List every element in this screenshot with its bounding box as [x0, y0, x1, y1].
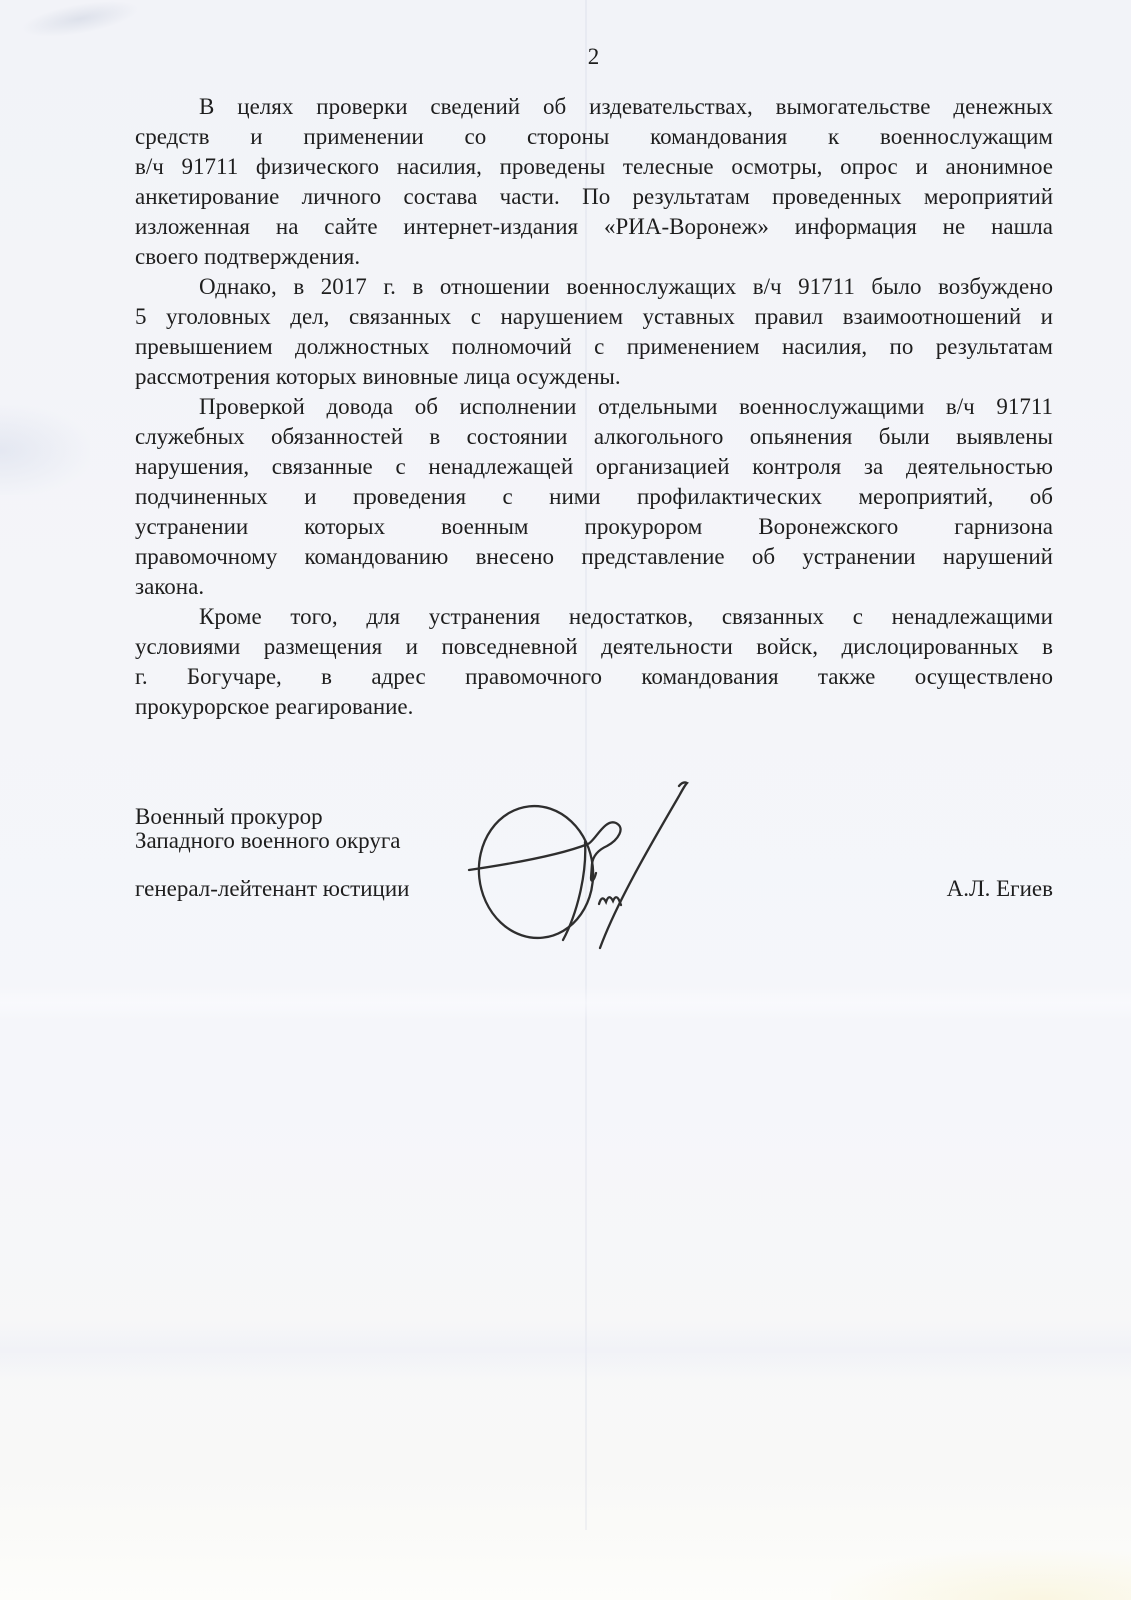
text-line: Кроме того, для устранения недостатков, …: [135, 602, 1053, 632]
signer-rank: генерал-лейтенант юстиции: [135, 876, 409, 902]
text-line: закона.: [135, 572, 1053, 602]
text-line: правомочному командованию внесено предст…: [135, 542, 1053, 572]
text-line: прокурорское реагирование.: [135, 692, 1053, 722]
text-line: Проверкой довода об исполнении отдельным…: [135, 392, 1053, 422]
text-line: служебных обязанностей в состоянии алког…: [135, 422, 1053, 452]
signer-name: А.Л. Егиев: [947, 876, 1053, 902]
text-line: условиями размещения и повседневной деят…: [135, 632, 1053, 662]
text-line: превышением должностных полномочий с при…: [135, 332, 1053, 362]
paragraph: Проверкой довода об исполнении отдельным…: [135, 392, 1053, 602]
text-line: в/ч 91711 физического насилия, проведены…: [135, 152, 1053, 182]
paragraph: В целях проверки сведений об издевательс…: [135, 92, 1053, 272]
text-line: Однако, в 2017 г. в отношении военнослуж…: [135, 272, 1053, 302]
paragraph: Однако, в 2017 г. в отношении военнослуж…: [135, 272, 1053, 392]
text-line: анкетирование личного состава части. По …: [135, 182, 1053, 212]
text-line: изложенная на сайте интернет-издания «РИ…: [135, 212, 1053, 242]
page-number: 2: [135, 42, 1053, 72]
text-line: подчиненных и проведения с ними профилак…: [135, 482, 1053, 512]
text-line: средств и применении со стороны командов…: [135, 122, 1053, 152]
scan-band: [0, 985, 1131, 1021]
signature-block: Военный прокурор Западного военного окру…: [135, 805, 1053, 902]
document-body: В целях проверки сведений об издевательс…: [135, 92, 1053, 722]
text-line: нарушения, связанные с ненадлежащей орга…: [135, 452, 1053, 482]
document-content: 2 В целях проверки сведений об издевател…: [0, 0, 1131, 902]
scanned-document-page: 2 В целях проверки сведений об издевател…: [0, 0, 1131, 1600]
handwritten-signature-scribble: [455, 752, 715, 952]
scan-tint: [831, 1550, 1131, 1600]
text-line: рассмотрения которых виновные лица осужд…: [135, 362, 1053, 392]
text-line: г. Богучаре, в адрес правомочного команд…: [135, 662, 1053, 692]
paragraph: Кроме того, для устранения недостатков, …: [135, 602, 1053, 722]
text-line: устранении которых военным прокурором Во…: [135, 512, 1053, 542]
scan-band: [0, 1320, 1131, 1380]
text-line: 5 уголовных дел, связанных с нарушением …: [135, 302, 1053, 332]
text-line: В целях проверки сведений об издевательс…: [135, 92, 1053, 122]
text-line: своего подтверждения.: [135, 242, 1053, 272]
